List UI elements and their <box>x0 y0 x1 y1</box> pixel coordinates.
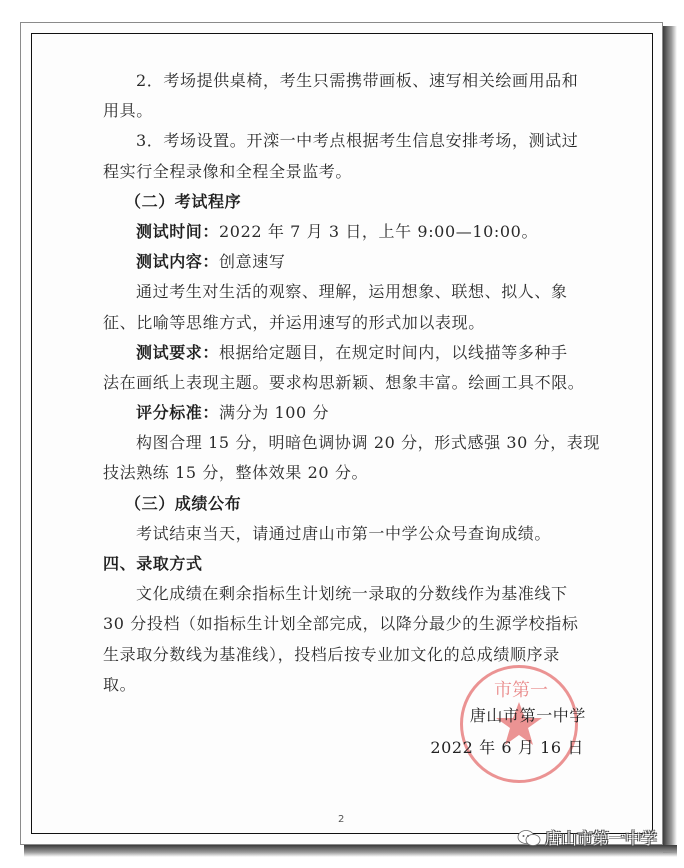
text-line: 3．考场设置。开滦一中考点根据考生信息安排考场，测试过 <box>103 126 587 156</box>
text-line-test-requirements: 测试要求：根据给定题目，在规定时间内，以线描等多种手 <box>103 338 587 368</box>
watermark-text: 唐山市第一中学 <box>545 826 657 849</box>
text-line: 2．考场提供桌椅，考生只需携带画板、速写相关绘画用品和 <box>103 66 587 96</box>
text-line: 用具。 <box>103 96 587 126</box>
signature-date: 2022 年 6 月 16 日 <box>430 735 584 758</box>
section-heading-exam-procedure: （二）考试程序 <box>103 187 587 217</box>
value-test-content: 创意速写 <box>219 252 285 271</box>
text-line: 法在画纸上表现主题。要求构思新颖、想象丰富。绘画工具不限。 <box>103 368 587 398</box>
label-test-requirements: 测试要求： <box>136 343 219 362</box>
value-test-requirements: 根据给定题目，在规定时间内，以线描等多种手 <box>219 343 568 362</box>
text-line: 技法熟练 15 分，整体效果 20 分。 <box>103 458 587 488</box>
document-body: 2．考场提供桌椅，考生只需携带画板、速写相关绘画用品和 用具。 3．考场设置。开… <box>103 66 587 700</box>
text-line-scoring-standard: 评分标准：满分为 100 分 <box>103 398 587 428</box>
text-line: 构图合理 15 分，明暗色调协调 20 分，形式感强 30 分，表现 <box>103 428 587 458</box>
signature-organization: 唐山市第一中学 <box>470 703 586 726</box>
value-test-time: 2022 年 7 月 3 日，上午 9:00—10:00。 <box>219 222 538 241</box>
text-line-test-content: 测试内容：创意速写 <box>103 247 587 277</box>
wechat-watermark: 唐山市第一中学 <box>517 826 657 849</box>
label-test-content: 测试内容： <box>136 252 219 271</box>
text-line: 征、比喻等思维方式，并运用速写的形式加以表现。 <box>103 308 587 338</box>
page-number: 2 <box>338 814 344 825</box>
value-scoring-standard: 满分为 100 分 <box>219 403 329 422</box>
label-scoring-standard: 评分标准： <box>136 403 219 422</box>
text-line: 文化成绩在剩余指标生计划统一录取的分数线作为基准线下 <box>103 579 587 609</box>
seal-arc-text: 市第一 <box>494 676 548 702</box>
label-test-time: 测试时间： <box>136 222 219 241</box>
section-heading-admission: 四、录取方式 <box>103 549 587 579</box>
text-line: 通过考生对生活的观察、理解，运用想象、联想、拟人、象 <box>103 277 587 307</box>
text-line: 30 分投档（如指标生计划全部完成，以降分最少的生源学校指标 <box>103 609 587 639</box>
text-line-test-time: 测试时间：2022 年 7 月 3 日，上午 9:00—10:00。 <box>103 217 587 247</box>
text-line: 程实行全程录像和全程全景监考。 <box>103 157 587 187</box>
frame-shadow-right <box>663 26 677 853</box>
section-heading-score-release: （三）成绩公布 <box>103 489 587 519</box>
wechat-icon <box>517 829 541 847</box>
text-line: 考试结束当天，请通过唐山市第一中学公众号查询成绩。 <box>103 519 587 549</box>
